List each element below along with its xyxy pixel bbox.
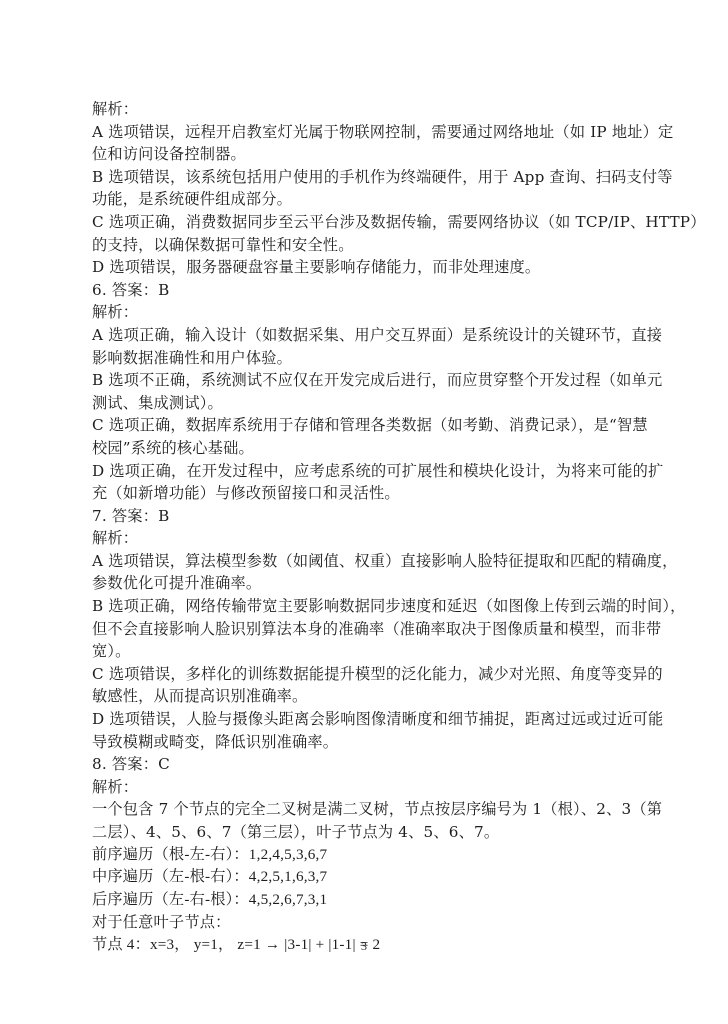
q6-option-b: B 选项不正确，系统测试不应仅在开发完成后进行，而应贯穿整个开发过程（如单元	[92, 369, 644, 392]
q5-option-b-cont: 功能，是系统硬件组成部分。	[92, 188, 644, 211]
q8-tree-description: 一个包含 7 个节点的完全二叉树是满二叉树，节点按层序编号为 1（根）、2、3（…	[92, 798, 644, 821]
page-number: 3	[0, 939, 728, 954]
q8-postorder: 后序遍历（左-右-根）：4,5,2,6,7,3,1	[92, 889, 644, 912]
q7-option-c-cont: 敏感性，从而提高识别准确率。	[92, 685, 644, 708]
q7-option-b-cont: 但不会直接影响人脸识别算法本身的准确率（准确率取决于图像质量和模型，而非带	[92, 618, 644, 641]
q8-answer: 8. 答案：C	[92, 753, 644, 776]
q7-answer: 7. 答案：B	[92, 505, 644, 528]
q6-option-c-cont: 校园”系统的核心基础。	[92, 437, 644, 460]
q5-option-c-cont: 的支持，以确保数据可靠性和安全性。	[92, 234, 644, 257]
q6-option-c: C 选项正确，数据库系统用于存储和管理各类数据（如考勤、消费记录），是“智慧	[92, 414, 644, 437]
q7-option-a: A 选项错误，算法模型参数（如阈值、权重）直接影响人脸特征提取和匹配的精确度，	[92, 550, 644, 573]
analysis-heading: 解析：	[92, 98, 644, 121]
q6-option-a: A 选项正确，输入设计（如数据采集、用户交互界面）是系统设计的关键环节，直接	[92, 324, 644, 347]
q8-leaf-heading: 对于任意叶子节点：	[92, 911, 644, 934]
q6-analysis-heading: 解析：	[92, 301, 644, 324]
q7-analysis-heading: 解析：	[92, 527, 644, 550]
document-body: 解析： A 选项错误，远程开启教室灯光属于物联网控制，需要通过网络地址（如 IP…	[92, 98, 644, 957]
q7-option-b: B 选项正确，网络传输带宽主要影响数据同步速度和延迟（如图像上传到云端的时间），	[92, 595, 644, 618]
q7-option-a-cont: 参数优化可提升准确率。	[92, 572, 644, 595]
q6-option-d-cont: 充（如新增功能）与修改预留接口和灵活性。	[92, 482, 644, 505]
q5-option-a: A 选项错误，远程开启教室灯光属于物联网控制，需要通过网络地址（如 IP 地址）…	[92, 121, 644, 144]
q6-option-a-cont: 影响数据准确性和用户体验。	[92, 347, 644, 370]
q7-option-d-cont: 导致模糊或畸变，降低识别准确率。	[92, 731, 644, 754]
q6-answer: 6. 答案：B	[92, 279, 644, 302]
q5-option-b: B 选项错误，该系统包括用户使用的手机作为终端硬件，用于 App 查询、扫码支付…	[92, 166, 644, 189]
q8-analysis-heading: 解析：	[92, 776, 644, 799]
q8-tree-description-cont: 二层）、4、5、6、7（第三层），叶子节点为 4、5、6、7。	[92, 821, 644, 844]
q7-option-c: C 选项错误，多样化的训练数据能提升模型的泛化能力，减少对光照、角度等变异的	[92, 663, 644, 686]
q7-option-b-cont-2: 宽）。	[92, 640, 644, 663]
document-page: 解析： A 选项错误，远程开启教室灯光属于物联网控制，需要通过网络地址（如 IP…	[0, 0, 728, 1024]
q5-option-c: C 选项正确，消费数据同步至云平台涉及数据传输，需要网络协议（如 TCP/IP、…	[92, 211, 644, 234]
q6-option-d: D 选项正确，在开发过程中，应考虑系统的可扩展性和模块化设计，为将来可能的扩	[92, 460, 644, 483]
q7-option-d: D 选项错误，人脸与摄像头距离会影响图像清晰度和细节捕捉，距离过远或过近可能	[92, 708, 644, 731]
q8-preorder: 前序遍历（根-左-右）：1,2,4,5,3,6,7	[92, 844, 644, 867]
q8-inorder: 中序遍历（左-根-右）：4,2,5,1,6,3,7	[92, 866, 644, 889]
q5-option-a-cont: 位和访问设备控制器。	[92, 143, 644, 166]
q5-option-d: D 选项错误，服务器硬盘容量主要影响存储能力，而非处理速度。	[92, 256, 644, 279]
q6-option-b-cont: 测试、集成测试）。	[92, 392, 644, 415]
